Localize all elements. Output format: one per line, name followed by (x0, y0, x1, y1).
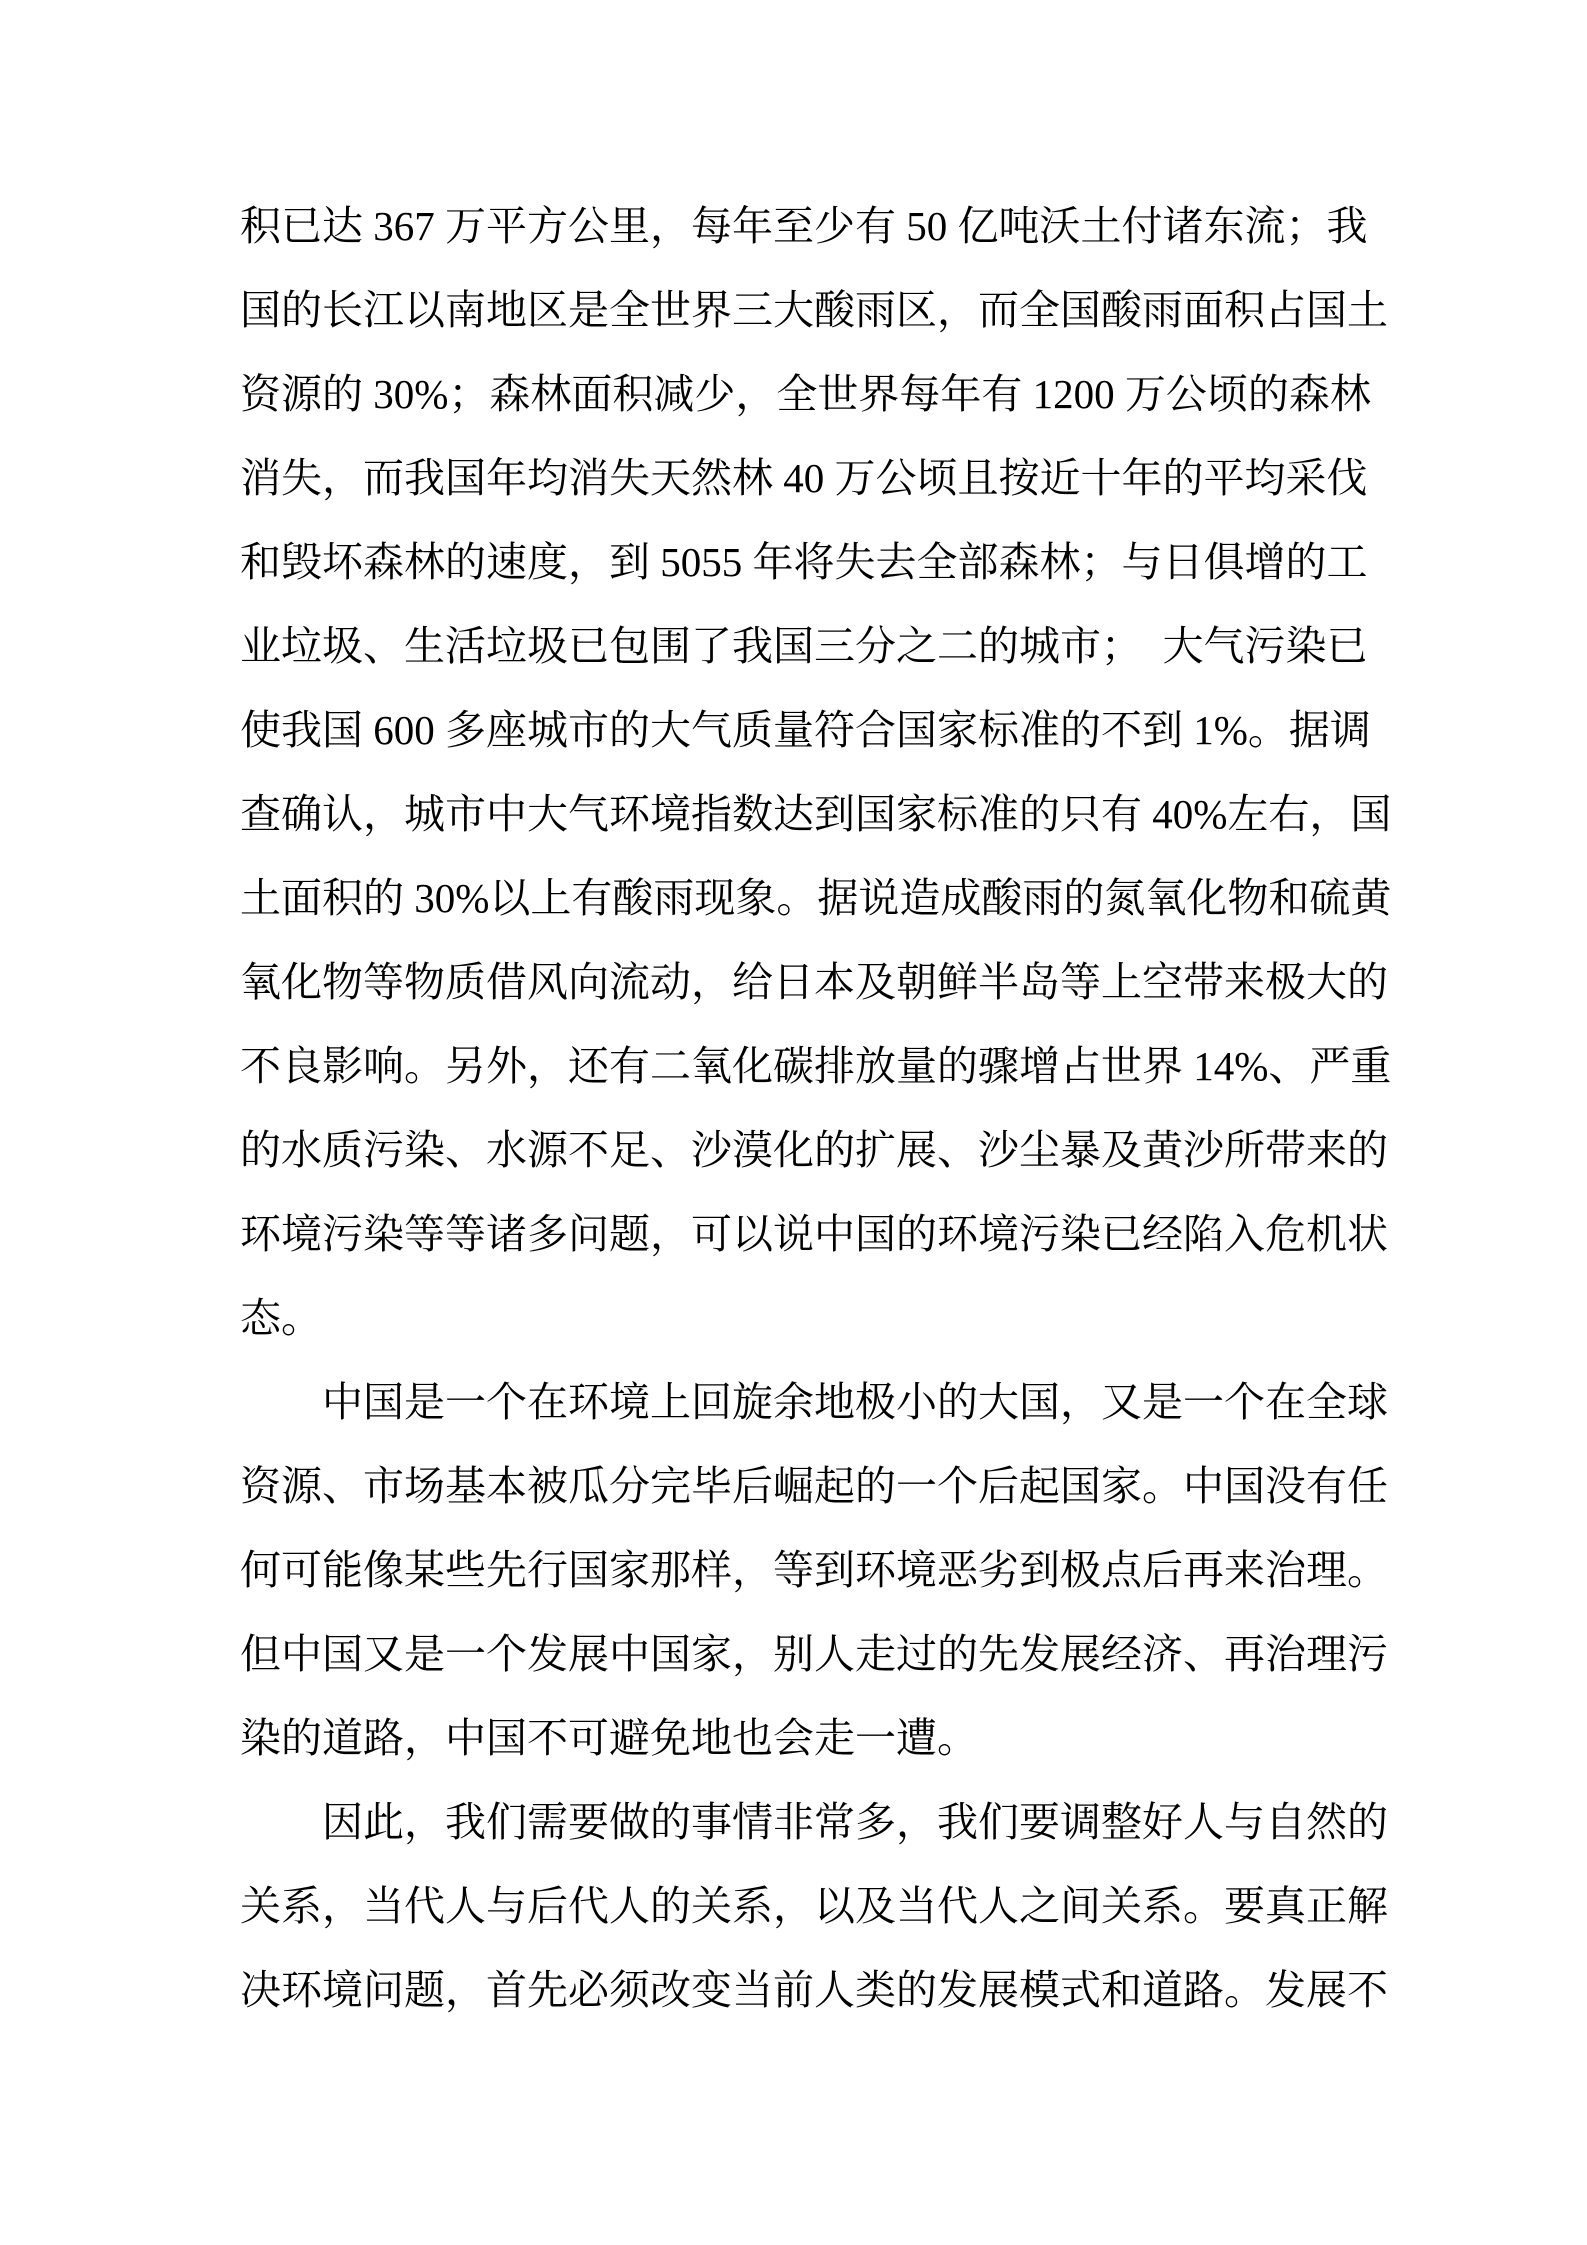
text-line: 因此，我们需要做的事情非常多，我们要调整好人与自然的 (240, 1780, 1347, 1864)
text-line: 何可能像某些先行国家那样，等到环境恶劣到极点后再来治理。 (240, 1528, 1347, 1612)
text-line: 环境污染等等诸多问题，可以说中国的环境污染已经陷入危机状 (240, 1192, 1347, 1276)
text-line: 消失，而我国年均消失天然林 40 万公顷且按近十年的平均采伐 (240, 436, 1347, 520)
text-line: 的水质污染、水源不足、沙漠化的扩展、沙尘暴及黄沙所带来的 (240, 1108, 1347, 1192)
text-line: 国的长江以南地区是全世界三大酸雨区，而全国酸雨面积占国土 (240, 268, 1347, 352)
text-line: 业垃圾、生活垃圾已包围了我国三分之二的城市； 大气污染已 (240, 604, 1347, 688)
text-line: 不良影响。另外，还有二氧化碳排放量的骤增占世界 14%、严重 (240, 1024, 1347, 1108)
text-line: 土面积的 30%以上有酸雨现象。据说造成酸雨的氮氧化物和硫黄 (240, 856, 1347, 940)
text-line: 关系，当代人与后代人的关系，以及当代人之间关系。要真正解 (240, 1864, 1347, 1948)
text-line: 使我国 600 多座城市的大气质量符合国家标准的不到 1%。据调 (240, 688, 1347, 772)
text-line: 积已达 367 万平方公里，每年至少有 50 亿吨沃土付诸东流；我 (240, 184, 1347, 268)
text-line: 和毁坏森林的速度，到 5055 年将失去全部森林；与日俱增的工 (240, 520, 1347, 604)
text-line: 染的道路，中国不可避免地也会走一遭。 (240, 1696, 1347, 1780)
text-line: 决环境问题，首先必须改变当前人类的发展模式和道路。发展不 (240, 1948, 1347, 2032)
text-line: 资源的 30%；森林面积减少，全世界每年有 1200 万公顷的森林 (240, 352, 1347, 436)
text-line: 查确认，城市中大气环境指数达到国家标准的只有 40%左右，国 (240, 772, 1347, 856)
text-line: 氧化物等物质借风向流动，给日本及朝鲜半岛等上空带来极大的 (240, 940, 1347, 1024)
text-line: 态。 (240, 1276, 1347, 1360)
document-page: 积已达 367 万平方公里，每年至少有 50 亿吨沃土付诸东流；我 国的长江以南… (0, 0, 1587, 2245)
text-block: 积已达 367 万平方公里，每年至少有 50 亿吨沃土付诸东流；我 国的长江以南… (240, 184, 1347, 2032)
text-line: 中国是一个在环境上回旋余地极小的大国，又是一个在全球 (240, 1360, 1347, 1444)
text-line: 但中国又是一个发展中国家，别人走过的先发展经济、再治理污 (240, 1612, 1347, 1696)
text-line: 资源、市场基本被瓜分完毕后崛起的一个后起国家。中国没有任 (240, 1444, 1347, 1528)
